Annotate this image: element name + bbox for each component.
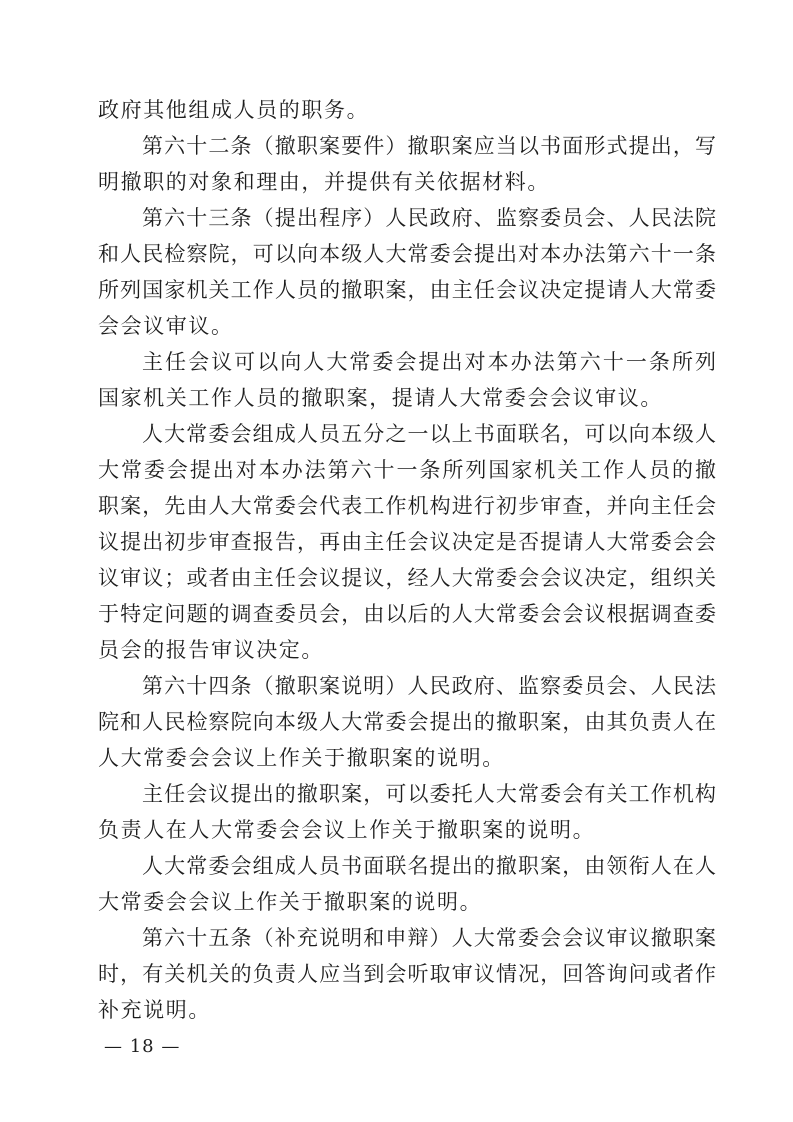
text-line: 大常委会会议上作关于撤职案的说明。 — [98, 884, 716, 920]
text-line: 时，有关机关的负责人应当到会听取审议情况，回答询问或者作 — [98, 956, 716, 992]
text-line: 议审议；或者由主任会议提议，经人大常委会会议决定，组织关 — [98, 560, 716, 596]
text-line: 和人民检察院，可以向本级人大常委会提出对本办法第六十一条 — [98, 236, 716, 272]
text-line: 员会的报告审议决定。 — [98, 632, 716, 668]
text-line: 明撤职的对象和理由，并提供有关依据材料。 — [98, 164, 716, 200]
text-line: 职案，先由人大常委会代表工作机构进行初步审查，并向主任会 — [98, 488, 716, 524]
text-line: 主任会议提出的撤职案，可以委托人大常委会有关工作机构 — [98, 776, 716, 812]
text-line: 主任会议可以向人大常委会提出对本办法第六十一条所列 — [98, 344, 716, 380]
text-line: 人大常委会组成人员五分之一以上书面联名，可以向本级人 — [98, 416, 716, 452]
text-line: 第六十四条（撤职案说明）人民政府、监察委员会、人民法 — [98, 668, 716, 704]
text-line: 大常委会提出对本办法第六十一条所列国家机关工作人员的撤 — [98, 452, 716, 488]
text-line: 补充说明。 — [98, 992, 716, 1028]
text-line: 国家机关工作人员的撤职案，提请人大常委会会议审议。 — [98, 380, 716, 416]
text-line: 院和人民检察院向本级人大常委会提出的撤职案，由其负责人在 — [98, 704, 716, 740]
page-number: — 18 — — [104, 1033, 180, 1061]
text-line: 人大常委会组成人员书面联名提出的撤职案，由领衔人在人 — [98, 848, 716, 884]
document-text-block: 政府其他组成人员的职务。第六十二条（撤职案要件）撤职案应当以书面形式提出，写明撤… — [98, 92, 716, 1028]
text-line: 第六十二条（撤职案要件）撤职案应当以书面形式提出，写 — [98, 128, 716, 164]
text-line: 负责人在人大常委会会议上作关于撤职案的说明。 — [98, 812, 716, 848]
text-line: 政府其他组成人员的职务。 — [98, 92, 716, 128]
text-line: 人大常委会会议上作关于撤职案的说明。 — [98, 740, 716, 776]
text-line: 所列国家机关工作人员的撤职案，由主任会议决定提请人大常委 — [98, 272, 716, 308]
text-line: 第六十三条（提出程序）人民政府、监察委员会、人民法院 — [98, 200, 716, 236]
text-line: 会会议审议。 — [98, 308, 716, 344]
text-line: 议提出初步审查报告，再由主任会议决定是否提请人大常委会会 — [98, 524, 716, 560]
text-line: 第六十五条（补充说明和申辩）人大常委会会议审议撤职案 — [98, 920, 716, 956]
document-page: 政府其他组成人员的职务。第六十二条（撤职案要件）撤职案应当以书面形式提出，写明撤… — [0, 0, 793, 1122]
text-line: 于特定问题的调查委员会，由以后的人大常委会会议根据调查委 — [98, 596, 716, 632]
